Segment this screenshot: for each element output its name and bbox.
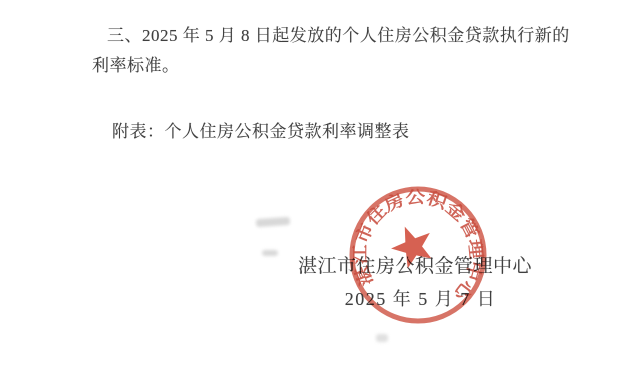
scan-smudge bbox=[376, 334, 388, 342]
scan-smudge bbox=[262, 250, 278, 256]
paragraph-line-2: 利率标准。 bbox=[92, 51, 180, 76]
scan-smudge bbox=[256, 217, 290, 227]
official-seal: 湛江市住房公积金管理中心 bbox=[344, 181, 492, 329]
star-icon bbox=[385, 219, 439, 272]
attachment-line: 附表：个人住房公积金贷款利率调整表 bbox=[112, 117, 410, 142]
paragraph-line-1: 三、2025 年 5 月 8 日起发放的个人住房公积金贷款执行新的 bbox=[107, 21, 570, 46]
document-page: 三、2025 年 5 月 8 日起发放的个人住房公积金贷款执行新的 利率标准。 … bbox=[0, 0, 640, 378]
